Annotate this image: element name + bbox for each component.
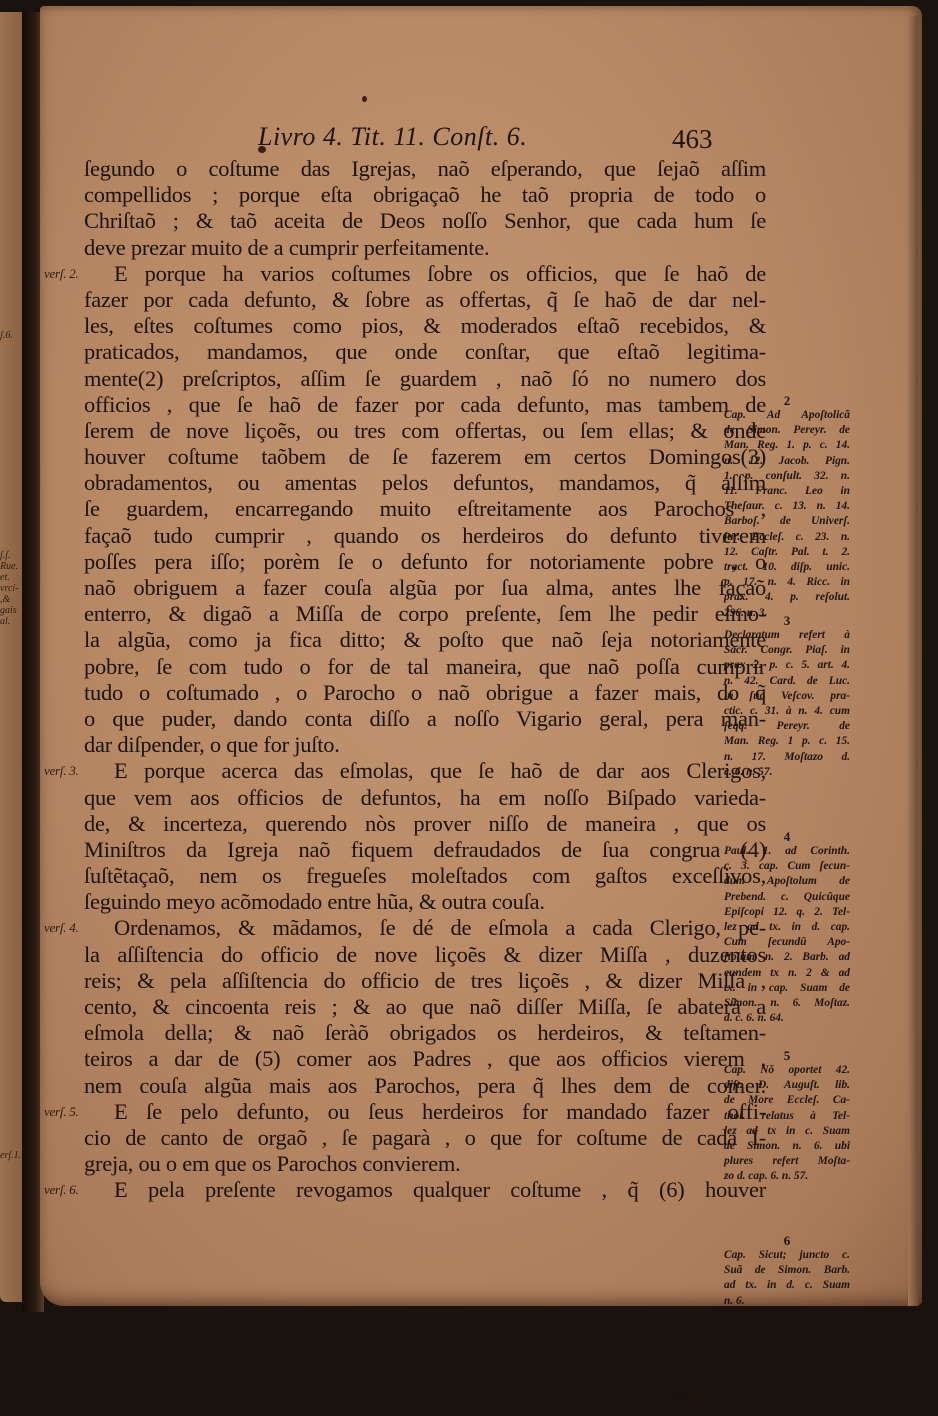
line-text: cio de canto de orgaõ , ſe pagarà , o qu… <box>84 1125 766 1150</box>
note-line: 11. Franc. Leo in <box>724 484 850 499</box>
previous-page-margin-note: ,& <box>0 594 20 605</box>
text-line: ſerem de nove liçoẽs, ou tres com offert… <box>84 418 766 444</box>
previous-page-margin-note: gais <box>0 605 20 616</box>
note-line: c. 6. n. 57. <box>724 765 850 780</box>
note-number: 4 <box>724 830 850 844</box>
marginal-note: 6Cap. Sicut; juncto c.Suã de Simon. Barb… <box>724 1234 850 1309</box>
note-line: Man. Reg. 1 p. c. 15. <box>724 734 850 749</box>
line-text: dar diſpender, o que for juſto. <box>84 732 340 757</box>
line-text: ſeguindo meyo acõmodado entre hũa, & out… <box>84 889 545 914</box>
note-line: ad tx. in d. c. Suam <box>724 1278 850 1293</box>
text-line: la aſſiſtencia do officio de nove liçoẽs… <box>84 942 766 968</box>
text-line: ſuſtẽtaçaõ, nem os fregueſes moleſtados … <box>84 863 766 889</box>
note-line: lez ad tx. in d. cap. <box>724 920 850 935</box>
note-line: de Simon. n. 6. ubi <box>724 1139 850 1154</box>
note-line: n. 42. Card. de Luc. <box>724 674 850 689</box>
versicle-marker: verſ. 5. <box>44 1099 78 1125</box>
note-line: Prebend. c. Quicũque <box>724 890 850 905</box>
text-line: enterro, & digaõ a Miſſa de corpo preſen… <box>84 601 766 627</box>
note-line: eundem tx n. 2 & ad <box>724 966 850 981</box>
line-text: naõ obriguem a fazer couſa algũa por ſua… <box>84 575 766 600</box>
text-line: la algũa, como ja fica ditto; & poſto qu… <box>84 627 766 653</box>
text-line: Miniſtros da Igreja naõ fiquem defraudad… <box>84 837 766 863</box>
line-text: E porque acerca das eſmolas, que ſe haõ … <box>114 758 766 783</box>
note-line: thol. relatus à Tel- <box>724 1109 850 1124</box>
note-line: tx. in cap. Suam de <box>724 981 850 996</box>
note-number: 6 <box>724 1234 850 1248</box>
marginal-note: 5Cap. Nõ oportet 42.diſt. D. Auguſt. lib… <box>724 1049 850 1185</box>
text-line: Chriſtaõ ; & taõ aceita de Deos noſſo Se… <box>84 208 766 234</box>
catchword: em <box>676 1384 703 1410</box>
text-line: poſſes pera iſſo; porèm ſe o defunto for… <box>84 549 766 575</box>
note-line: c. 3. cap. Cum ſecun- <box>724 859 850 874</box>
note-number: 3 <box>724 614 850 628</box>
line-text: façaõ tudo cumprir , quando os herdeiros… <box>84 523 766 548</box>
note-line: n. 12. Jacob. Pign. <box>724 454 850 469</box>
line-text: deve prezar muito de a cumprir perfeitam… <box>84 235 489 260</box>
text-line: de, & incerteza, querendo nòs prover niſ… <box>84 811 766 837</box>
text-line: pobre, ſe com tudo o for de tal maneira,… <box>84 654 766 680</box>
note-line: 12. Caſtr. Pal. t. 2. <box>724 545 850 560</box>
note-line: lez ad tx in c. Suam <box>724 1124 850 1139</box>
text-line: E porque acerca das eſmolas, que ſe haõ … <box>84 758 766 784</box>
text-line: façaõ tudo cumprir , quando os herdeiros… <box>84 523 766 549</box>
note-line: p. 17. n. 4. Ricc. in <box>724 575 850 590</box>
line-text: nem couſa algũa mais aos Parochos, pera … <box>84 1073 766 1098</box>
line-text: les, eſtes coſtumes como pios, & moderad… <box>84 313 766 338</box>
previous-page-margin-note: ſ.ſ. <box>0 550 20 561</box>
previous-page-margin-note: vrci- <box>0 583 20 594</box>
previous-page-margin-note: Rue. <box>0 561 20 572</box>
note-line: Barboſ. de Univerſ. <box>724 514 850 529</box>
previous-page-margin-note: ʃ.6. <box>0 330 20 341</box>
running-head: Livro 4. Tit. 11. Conſt. 6. <box>258 122 527 152</box>
note-line: de More Eccleſ. Ca- <box>724 1093 850 1108</box>
text-line: naõ obriguem a fazer couſa algũa por ſua… <box>84 575 766 601</box>
note-line: d. c. 6. n. 64. <box>724 1011 850 1026</box>
note-line: ctic. c. 31. à n. 4. cum <box>724 704 850 719</box>
note-line: zo d. cap. 6. n. 57. <box>724 1169 850 1184</box>
previous-page-margin-note: al. <box>0 616 20 627</box>
main-text-block: ſegundo o coſtume das Igrejas, naõ eſper… <box>84 156 766 1204</box>
line-text: Chriſtaõ ; & taõ aceita de Deos noſſo Se… <box>84 208 766 233</box>
text-line: mente(2) preſcriptos, aſſim ſe guardem ,… <box>84 366 766 392</box>
line-text: greja, ou o em que os Parochos convierem… <box>84 1151 461 1176</box>
marginal-note: 3Declaratum refert àSacr. Congr. Piaſ. i… <box>724 614 850 780</box>
line-text: reis; & pela aſſiſtencia do officio de t… <box>84 968 766 993</box>
note-line: jur. Eccleſ. c. 23. n. <box>724 530 850 545</box>
line-text: ſe guardem, encarregando muito eſtreitam… <box>84 496 766 521</box>
line-text: E pela preſente revogamos qualquer coſtu… <box>114 1177 766 1202</box>
line-text: eſmola della; & naõ ſeràõ obrigados os h… <box>84 1020 766 1045</box>
line-text: poſſes pera iſſo; porèm ſe o defunto for… <box>84 549 766 574</box>
text-line: o que puder, dando conta diſſo a noſſo V… <box>84 706 766 732</box>
note-line: ſtolum n. 2. Barb. ad <box>724 950 850 965</box>
line-text: teiros a dar de (5) comer aos Padres , q… <box>84 1046 766 1071</box>
text-line: reis; & pela aſſiſtencia do officio de t… <box>84 968 766 994</box>
text-line: ſe guardem, encarregando muito eſtreitam… <box>84 496 766 522</box>
note-line: n. 6. <box>724 1294 850 1309</box>
text-line: obradamentos, ou amentas pelos defuntos,… <box>84 470 766 496</box>
note-line: dum Apoſtolum de <box>724 874 850 889</box>
text-line: fazer por cada defunto, & ſobre as offer… <box>84 287 766 313</box>
note-line: ſeqq. Pereyr. de <box>724 719 850 734</box>
line-text: officios , que ſe haõ de fazer por cada … <box>84 392 766 417</box>
page-number: 463 <box>672 124 713 155</box>
line-text: que vem aos officios de defuntos, ha em … <box>84 785 766 810</box>
text-line: E pela preſente revogamos qualquer coſtu… <box>84 1177 766 1203</box>
line-text: houver coſtume taõbem de ſe fazerem em c… <box>84 444 766 469</box>
line-text: o que puder, dando conta diſſo a noſſo V… <box>84 706 766 731</box>
text-line: E ſe pelo defunto, ou ſeus herdeiros for… <box>84 1099 766 1125</box>
text-line: cio de canto de orgaõ , ſe pagarà , o qu… <box>84 1125 766 1151</box>
note-line: de Simon. Pereyr. de <box>724 423 850 438</box>
note-line: Sacr. Congr. Piaſ. in <box>724 643 850 658</box>
previous-page-edge <box>0 12 22 1302</box>
line-text: cento, & cincoenta reis ; & ao que naõ d… <box>84 994 766 1019</box>
text-line: greja, ou o em que os Parochos convierem… <box>84 1151 766 1177</box>
versicle-marker: verſ. 2. <box>44 261 78 287</box>
text-line: compellidos ; porque eſta obrigaçaõ he t… <box>84 182 766 208</box>
text-line: ſegundo o coſtume das Igrejas, naõ eſper… <box>84 156 766 182</box>
note-number: 2 <box>724 394 850 408</box>
line-text: mente(2) preſcriptos, aſſim ſe guardem ,… <box>84 366 766 391</box>
line-text: tudo o coſtumado , o Parocho o naõ obrig… <box>84 680 766 705</box>
versicle-marker: verſ. 4. <box>44 915 78 941</box>
text-line: que vem aos officios de defuntos, ha em … <box>84 785 766 811</box>
note-line: Suã de Simon. Barb. <box>724 1263 850 1278</box>
versicle-marker: verſ. 6. <box>44 1177 78 1203</box>
line-text: Ordenamos, & mãdamos, ſe dé de eſmola a … <box>114 915 766 940</box>
line-text: fazer por cada defunto, & ſobre as offer… <box>84 287 766 312</box>
note-line: Declaratum refert à <box>724 628 850 643</box>
note-line: Man. Reg. 1. p. c. 14. <box>724 438 850 453</box>
page-edge <box>908 16 918 1306</box>
note-line: Cap. Nõ oportet 42. <box>724 1063 850 1078</box>
text-line: teiros a dar de (5) comer aos Padres , q… <box>84 1046 766 1072</box>
text-line: deve prezar muito de a cumprir perfeitam… <box>84 235 766 261</box>
note-line: Simon. n. 6. Moſtaz. <box>724 996 850 1011</box>
note-number: 5 <box>724 1049 850 1063</box>
text-line: les, eſtes coſtumes como pios, & moderad… <box>84 313 766 339</box>
note-line: diſt. D. Auguſt. lib. <box>724 1078 850 1093</box>
text-line: E porque ha varios coſtumes ſobre os off… <box>84 261 766 287</box>
line-text: E ſe pelo defunto, ou ſeus herdeiros for… <box>114 1099 766 1124</box>
line-text: ſegundo o coſtume das Igrejas, naõ eſper… <box>84 156 766 181</box>
text-line: officios , que ſe haõ de fazer por cada … <box>84 392 766 418</box>
text-line: eſmola della; & naõ ſeràõ obrigados os h… <box>84 1020 766 1046</box>
note-line: Paul. 1. ad Corinth. <box>724 844 850 859</box>
line-text: ſerem de nove liçoẽs, ou tres com offert… <box>84 418 766 443</box>
line-text: E porque ha varios coſtumes ſobre os off… <box>114 261 766 286</box>
line-text: pobre, ſe com tudo o for de tal maneira,… <box>84 654 766 679</box>
line-text: la algũa, como ja fica ditto; & poſto qu… <box>84 627 766 652</box>
line-text: la aſſiſtencia do officio de nove liçoẽs… <box>84 942 766 967</box>
previous-page-margin-note: et. <box>0 572 20 583</box>
ink-spot <box>362 96 367 102</box>
line-text: enterro, & digaõ a Miſſa de corpo preſen… <box>84 601 766 626</box>
text-line: Ordenamos, & mãdamos, ſe dé de eſmola a … <box>84 915 766 941</box>
text-line: tudo o coſtumado , o Parocho o naõ obrig… <box>84 680 766 706</box>
text-line: cento, & cincoenta reis ; & ao que naõ d… <box>84 994 766 1020</box>
line-text: obradamentos, ou amentas pelos defuntos,… <box>84 470 766 495</box>
marginal-note: 4Paul. 1. ad Corinth.c. 3. cap. Cum ſecu… <box>724 830 850 1026</box>
versicle-marker: verſ. 3. <box>44 758 78 784</box>
line-text: praticados, mandamos, que onde conſtar, … <box>84 339 766 364</box>
note-line: in ſuo Veſcov. pra- <box>724 689 850 704</box>
text-line: houver coſtume taõbem de ſe fazerem em c… <box>84 444 766 470</box>
note-line: tract. 10. diſp. unic. <box>724 560 850 575</box>
note-line: n. 17. Moſtazo d. <box>724 750 850 765</box>
marginal-note: 2Cap. Ad Apoſtolicãde Simon. Pereyr. deM… <box>724 394 850 621</box>
book-page: Livro 4. Tit. 11. Conſt. 6. 463 ſegundo … <box>40 6 922 1306</box>
note-line: Cum ſecundũ Apo- <box>724 935 850 950</box>
note-line: prax 2. p. c. 5. art. 4. <box>724 658 850 673</box>
text-line: dar diſpender, o que for juſto. <box>84 732 766 758</box>
text-line: ſeguindo meyo acõmodado entre hũa, & out… <box>84 889 766 915</box>
note-line: plures refert Moſta- <box>724 1154 850 1169</box>
note-line: Theſaur. c. 13. n. 14. <box>724 499 850 514</box>
note-line: Cap. Ad Apoſtolicã <box>724 408 850 423</box>
note-line: 1. p. conſult. 32. n. <box>724 469 850 484</box>
previous-page-margin-note: erſ.1. <box>0 1150 20 1161</box>
line-text: Miniſtros da Igreja naõ fiquem defraudad… <box>84 837 766 862</box>
line-text: ſuſtẽtaçaõ, nem os fregueſes moleſtados … <box>84 863 766 888</box>
line-text: compellidos ; porque eſta obrigaçaõ he t… <box>84 182 766 207</box>
note-line: Cap. Sicut; juncto c. <box>724 1248 850 1263</box>
text-line: nem couſa algũa mais aos Parochos, pera … <box>84 1073 766 1099</box>
line-text: de, & incerteza, querendo nòs prover niſ… <box>84 811 766 836</box>
text-line: praticados, mandamos, que onde conſtar, … <box>84 339 766 365</box>
note-line: prax. 4. p. reſolut. <box>724 590 850 605</box>
note-line: Epiſcopi 12. q. 2. Tel- <box>724 905 850 920</box>
